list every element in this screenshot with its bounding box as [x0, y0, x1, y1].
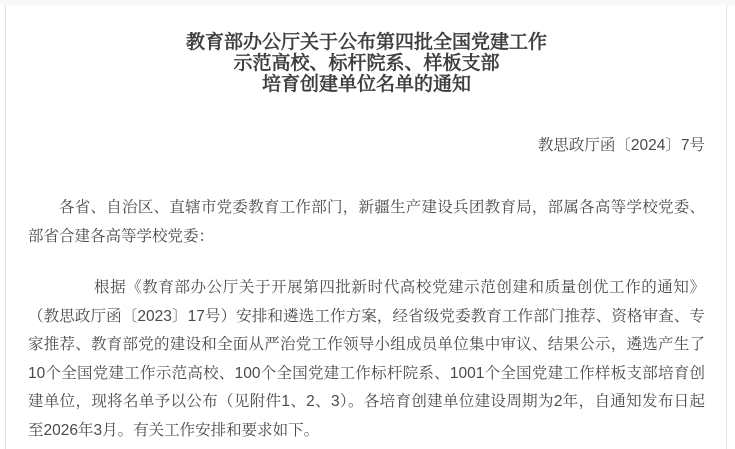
page-top-strip	[0, 0, 735, 5]
page-viewport: 教育部办公厅关于公布第四批全国党建工作 示范高校、标杆院系、样板支部 培育创建单…	[0, 0, 735, 449]
document-title-line-2: 示范高校、标杆院系、样板支部	[28, 53, 705, 74]
right-border-notch	[727, 427, 728, 434]
salutation-paragraph: 各省、自治区、直辖市党委教育工作部门，新疆生产建设兵团教育局，部属各高等学校党委…	[28, 194, 705, 251]
document-content: 教育部办公厅关于公布第四批全国党建工作 示范高校、标杆院系、样板支部 培育创建单…	[6, 0, 726, 445]
document-title-line-1: 教育部办公厅关于公布第四批全国党建工作	[28, 32, 705, 53]
document-number: 教思政厅函〔2024〕7号	[28, 135, 705, 156]
document-title-line-3: 培育创建单位名单的通知	[28, 74, 705, 95]
notice-document: 教育部办公厅关于公布第四批全国党建工作 示范高校、标杆院系、样板支部 培育创建单…	[5, 0, 727, 449]
document-title: 教育部办公厅关于公布第四批全国党建工作 示范高校、标杆院系、样板支部 培育创建单…	[28, 32, 705, 95]
body-paragraph: 根据《教育部办公厅关于开展第四批新时代高校党建示范创建和质量创优工作的通知》（教…	[28, 274, 705, 445]
